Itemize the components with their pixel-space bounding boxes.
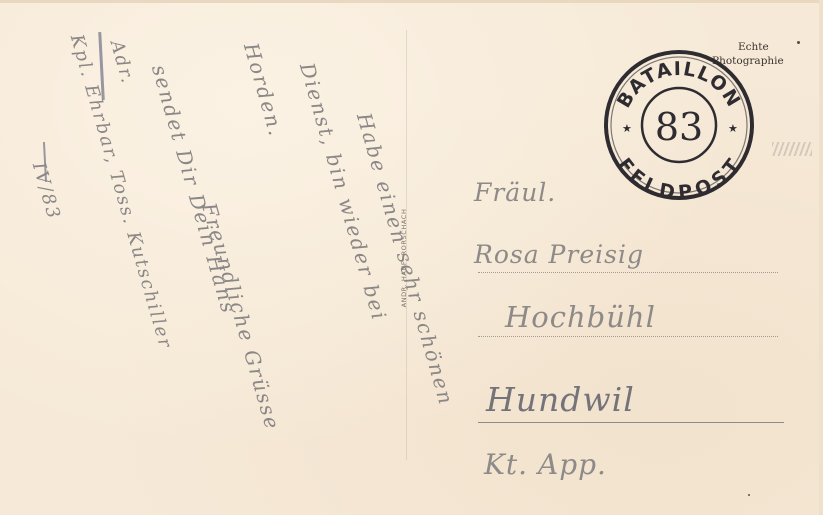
address-canton: Kt. App. [484,448,607,481]
address-locality: Hochbühl [505,300,656,334]
feldpost-postmark: BATAILLON FELDPOST 83 ★ ★ [600,46,758,204]
address-name: Rosa Preisig [474,240,644,269]
sender-line-1: Adr. [106,38,139,87]
message-line-5: sendet Dir Dein Hans [147,62,241,317]
address-line-3 [478,422,784,423]
address-line-2 [478,336,778,337]
sender-line-3: IV/83 [28,160,64,223]
postmark-star-right: ★ [728,122,738,135]
address-town: Hundwil [486,380,635,419]
ink-smudge [772,142,812,156]
postmark-star-left: ★ [622,122,632,135]
message-line-3: Horden. [239,40,289,140]
card-edge-top [0,0,823,3]
paper-speck [748,494,750,496]
card-edge-right [819,0,823,515]
address-salutation: Fräul. [474,178,556,207]
address-line-1 [478,272,778,273]
paper-speck [797,41,800,44]
postmark-number: 83 [655,105,703,149]
postcard-back: ANDR. HANF, RORSCHACH Echte Photographie… [0,0,823,515]
